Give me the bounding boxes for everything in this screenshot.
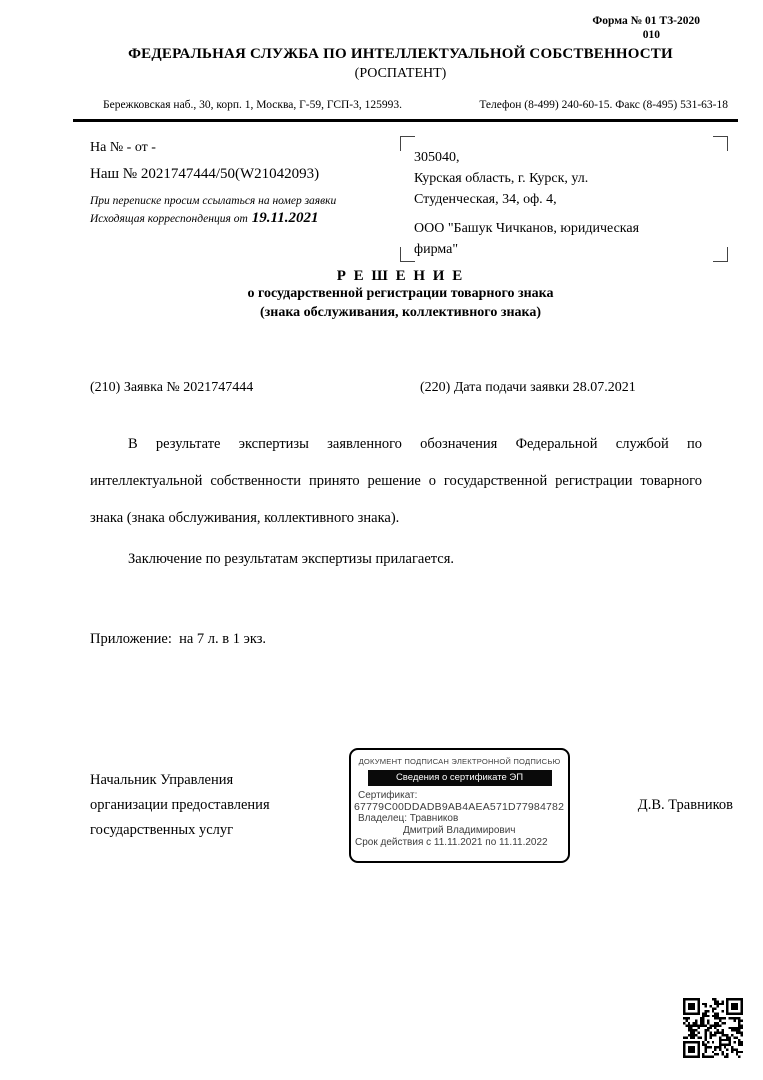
corner-mark-bottom-right (713, 247, 728, 262)
decision-title: Р Е Ш Е Н И Е (73, 268, 728, 285)
recipient-company-line2: фирма" (414, 239, 728, 260)
signatory-position-line3: государственных услуг (90, 818, 350, 843)
certificate-owner: Владелец: Травников (358, 813, 568, 825)
corner-mark-top-right (713, 136, 728, 151)
signatory-name: Д.В. Травников (638, 797, 733, 814)
form-number: Форма № 01 ТЗ-2020 010 (592, 14, 700, 42)
agency-title: ФЕДЕРАЛЬНАЯ СЛУЖБА ПО ИНТЕЛЛЕКТУАЛЬНОЙ С… (73, 46, 728, 63)
body-paragraph-2: Заключение по результатам экспертизы при… (90, 551, 702, 568)
outgoing-reference: Наш № 2021747444/50(W21042093) (90, 166, 395, 183)
corner-mark-bottom-left (400, 247, 415, 262)
form-number-line1: Форма № 01 ТЗ-2020 (592, 14, 700, 28)
recipient-address-line1: Курская область, г. Курск, ул. (414, 168, 728, 189)
certificate-info-badge: Сведения о сертификате ЭП (368, 770, 552, 786)
recipient-address-line2: Студенческая, 34, оф. 4, (414, 189, 728, 210)
agency-subtitle: (РОСПАТЕНТ) (73, 66, 728, 82)
application-number: (210) Заявка № 2021747444 (90, 380, 253, 396)
decision-title-block: Р Е Ш Е Н И Е о государственной регистра… (73, 268, 728, 322)
recipient-address-window: 305040, Курская область, г. Курск, ул. С… (400, 136, 728, 262)
signatory-position-line2: организации предоставления (90, 793, 350, 818)
recipient-company-line1: ООО "Башук Чичканов, юридическая (414, 218, 728, 239)
reference-note: При переписке просим ссылаться на номер … (90, 194, 395, 209)
agency-address: Бережковская наб., 30, корп. 1, Москва, … (103, 99, 402, 111)
body-paragraph-1: В результате экспертизы заявленного обоз… (90, 426, 702, 537)
signatory-position: Начальник Управления организации предост… (90, 768, 350, 843)
outgoing-correspondence-label: Исходящая корреспонденция от (90, 213, 248, 225)
decision-subtitle2: (знака обслуживания, коллективного знака… (73, 304, 728, 323)
certificate-number: 67779C00DDADB9AB4AEA571D77984782 (354, 801, 568, 813)
certificate-label: Сертификат: (358, 790, 568, 801)
certificate-owner-name: Дмитрий Владимирович (403, 825, 568, 837)
agency-header: ФЕДЕРАЛЬНАЯ СЛУЖБА ПО ИНТЕЛЛЕКТУАЛЬНОЙ С… (73, 46, 728, 82)
attachment-line: Приложение: на 7 л. в 1 экз. (90, 631, 266, 648)
signatory-position-line1: Начальник Управления (90, 768, 350, 793)
application-filing-date: (220) Дата подачи заявки 28.07.2021 (420, 380, 636, 396)
form-number-line2: 010 (592, 28, 700, 42)
incoming-reference: На № - от - (90, 140, 395, 156)
reference-block: На № - от - Наш № 2021747444/50(W2104209… (90, 140, 395, 227)
recipient-postcode: 305040, (414, 147, 728, 168)
agency-phone: Телефон (8-499) 240-60-15. Факс (8-495) … (479, 99, 728, 111)
agency-contacts: Бережковская наб., 30, корп. 1, Москва, … (73, 99, 728, 111)
decision-subtitle1: о государственной регистрации товарного … (73, 285, 728, 304)
outgoing-correspondence-line: Исходящая корреспонденция от19.11.2021 (90, 210, 395, 227)
stamp-header: ДОКУМЕНТ ПОДПИСАН ЭЛЕКТРОННОЙ ПОДПИСЬЮ (351, 757, 568, 766)
qr-code (683, 998, 743, 1058)
certificate-validity: Срок действия с 11.11.2021 по 11.11.2022 (355, 837, 568, 849)
outgoing-correspondence-date: 19.11.2021 (252, 210, 319, 226)
document-page: Форма № 01 ТЗ-2020 010 ФЕДЕРАЛЬНАЯ СЛУЖБ… (0, 0, 763, 1080)
header-divider (73, 119, 738, 122)
corner-mark-top-left (400, 136, 415, 151)
electronic-signature-stamp: ДОКУМЕНТ ПОДПИСАН ЭЛЕКТРОННОЙ ПОДПИСЬЮ С… (349, 748, 570, 863)
